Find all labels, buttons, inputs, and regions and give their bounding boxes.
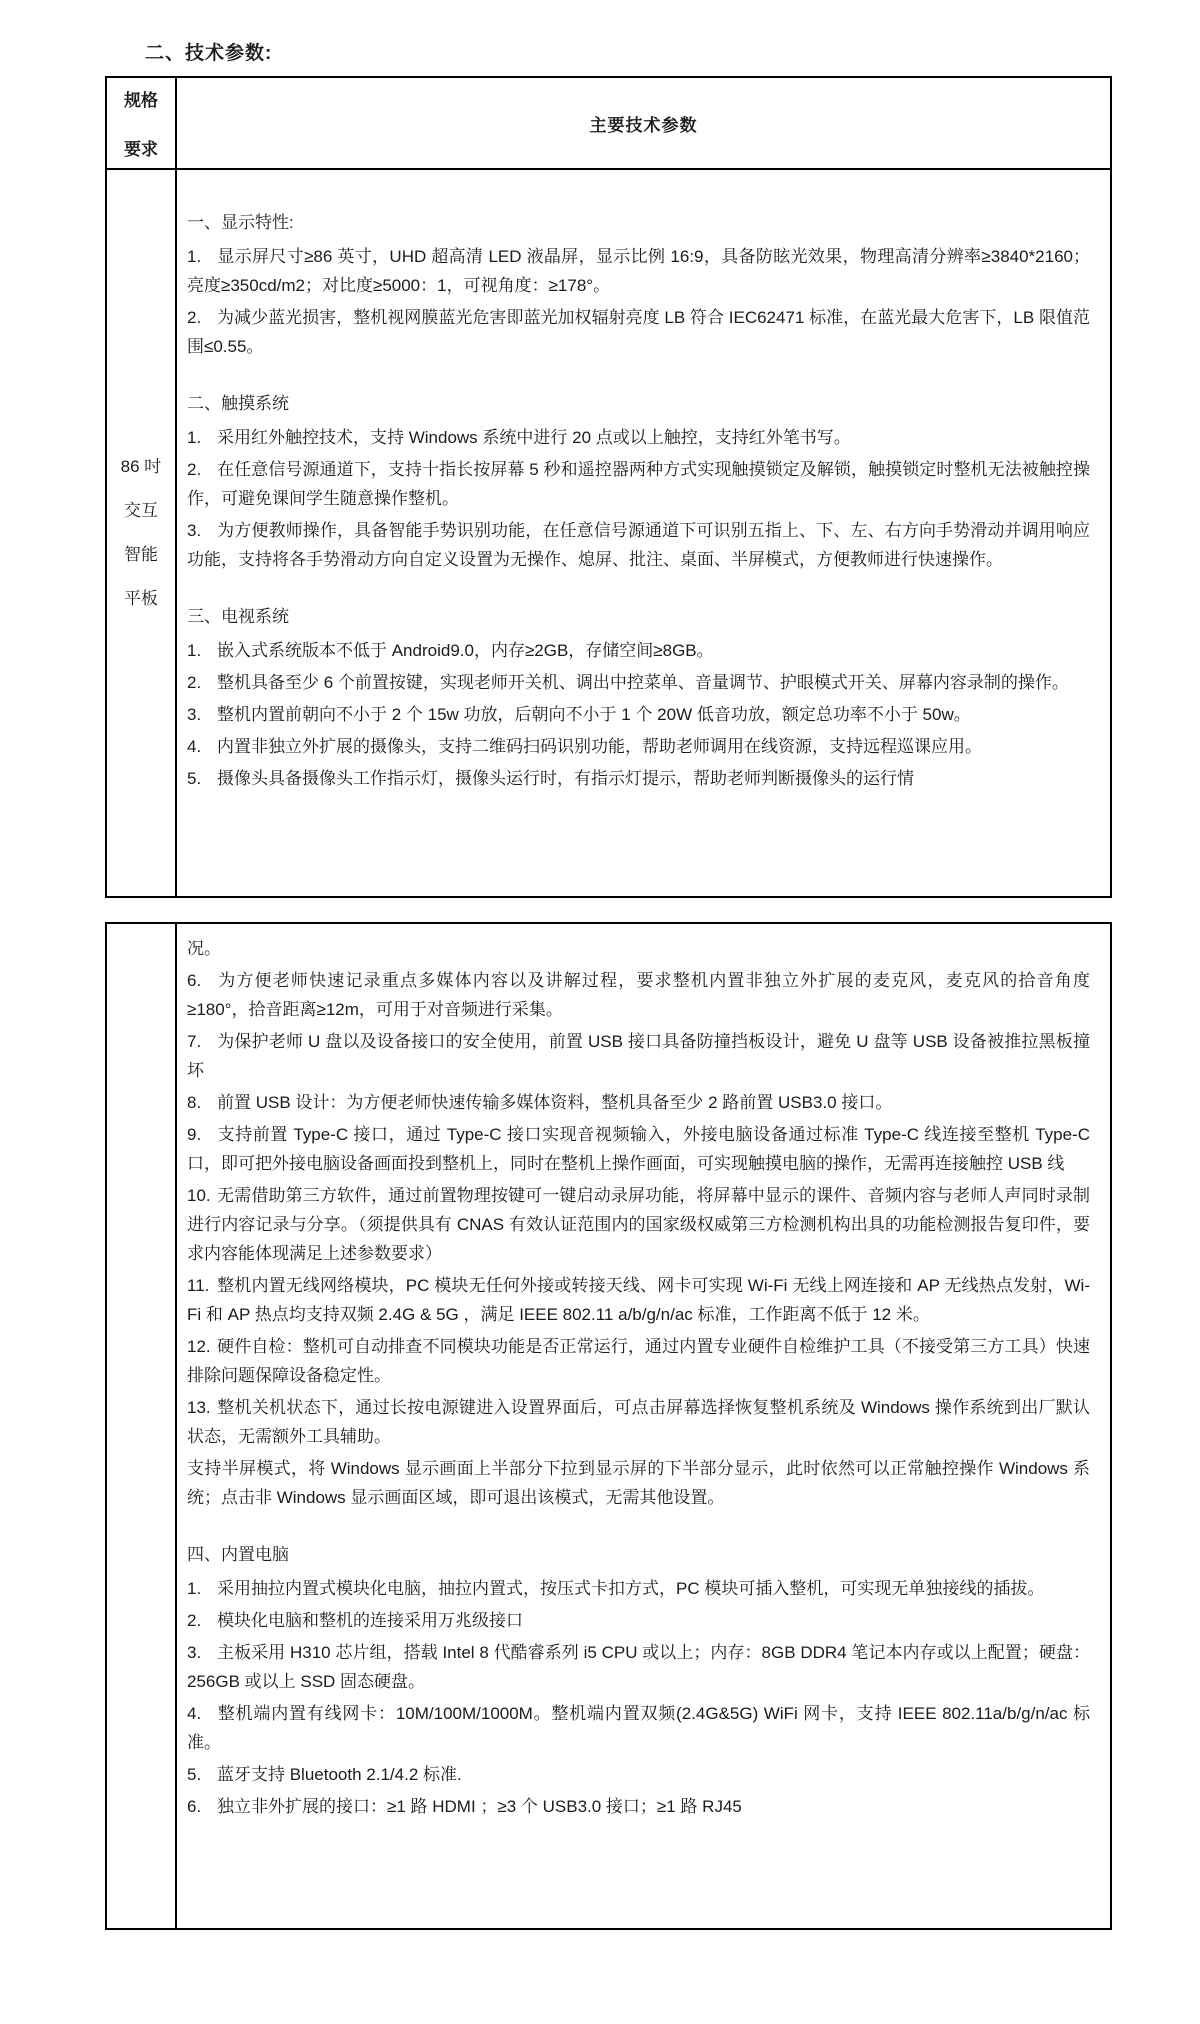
spec-item: 2.模块化电脑和整机的连接采用万兆级接口 bbox=[187, 1606, 1090, 1635]
item-number: 1. bbox=[187, 242, 217, 271]
section-item-list: 况。 6.为方便老师快速记录重点多媒体内容以及讲解过程，要求整机内置非独立外扩展… bbox=[187, 934, 1090, 1512]
item-number: 5. bbox=[187, 764, 217, 793]
spec-content-part1: 一、显示特性: 1.显示屏尺寸≥86 英寸，UHD 超高清 LED 液晶屏，显示… bbox=[177, 170, 1110, 896]
item-number: 3. bbox=[187, 1638, 217, 1667]
section-heading: 四、内置电脑 bbox=[187, 1540, 1090, 1569]
spec-item: 支持半屏模式，将 Windows 显示画面上半部分下拉到显示屏的下半部分显示，此… bbox=[187, 1454, 1090, 1512]
item-text: 无需借助第三方软件，通过前置物理按键可一键启动录屏功能，将屏幕中显示的课件、音频… bbox=[187, 1186, 1090, 1263]
item-number: 2. bbox=[187, 303, 217, 332]
item-number: 4. bbox=[187, 1699, 217, 1728]
item-number: 8. bbox=[187, 1088, 217, 1117]
item-number: 2. bbox=[187, 455, 217, 484]
spec-table-part2: 况。 6.为方便老师快速记录重点多媒体内容以及讲解过程，要求整机内置非独立外扩展… bbox=[105, 922, 1112, 1930]
item-number: 3. bbox=[187, 516, 217, 545]
spec-item: 2.为减少蓝光损害，整机视网膜蓝光危害即蓝光加权辐射亮度 LB 符合 IEC62… bbox=[187, 303, 1090, 361]
item-text: 独立非外扩展的接口：≥1 路 HDMI ；≥3 个 USB3.0 接口；≥1 路… bbox=[217, 1797, 742, 1816]
header-cell-main-parameters: 主要技术参数 bbox=[177, 78, 1110, 168]
item-text: 硬件自检：整机可自动排查不同模块功能是否正常运行，通过内置专业硬件自检维护工具（… bbox=[187, 1337, 1090, 1385]
item-number: 2. bbox=[187, 668, 217, 697]
item-number: 1. bbox=[187, 1574, 217, 1603]
item-number: 12. bbox=[187, 1332, 217, 1361]
spec-section: 四、内置电脑 1.采用抽拉内置式模块化电脑，抽拉内置式，按压式卡扣方式，PC 模… bbox=[187, 1540, 1090, 1821]
item-text: 整机内置前朝向不小于 2 个 15w 功放，后朝向不小于 1 个 20W 低音功… bbox=[217, 705, 971, 724]
page-title: 二、技术参数: bbox=[145, 38, 272, 65]
item-number: 5. bbox=[187, 1760, 217, 1789]
spec-item: 6.独立非外扩展的接口：≥1 路 HDMI ；≥3 个 USB3.0 接口；≥1… bbox=[187, 1792, 1090, 1821]
row-label-line: 交互 bbox=[124, 489, 158, 533]
table-body-row: 况。 6.为方便老师快速记录重点多媒体内容以及讲解过程，要求整机内置非独立外扩展… bbox=[107, 924, 1110, 1928]
item-text: 整机内置无线网络模块，PC 模块无任何外接或转接天线、网卡可实现 Wi-Fi 无… bbox=[187, 1276, 1090, 1324]
row-label-line: 86 吋 bbox=[121, 445, 162, 489]
row-label-product: 86 吋 交互 智能 平板 bbox=[107, 170, 177, 896]
spec-item: 1.显示屏尺寸≥86 英寸，UHD 超高清 LED 液晶屏，显示比例 16:9，… bbox=[187, 242, 1090, 300]
spec-item: 2.整机具备至少 6 个前置按键，实现老师开关机、调出中控菜单、音量调节、护眼模… bbox=[187, 668, 1090, 697]
spec-item: 12.硬件自检：整机可自动排查不同模块功能是否正常运行，通过内置专业硬件自检维护… bbox=[187, 1332, 1090, 1390]
spec-item: 11.整机内置无线网络模块，PC 模块无任何外接或转接天线、网卡可实现 Wi-F… bbox=[187, 1271, 1090, 1329]
item-text: 况。 bbox=[187, 939, 221, 958]
spec-item: 8.前置 USB 设计：为方便老师快速传输多媒体资料，整机具备至少 2 路前置 … bbox=[187, 1088, 1090, 1117]
item-text: 整机具备至少 6 个前置按键，实现老师开关机、调出中控菜单、音量调节、护眼模式开… bbox=[217, 673, 1069, 692]
item-text: 模块化电脑和整机的连接采用万兆级接口 bbox=[217, 1611, 523, 1630]
item-text: 在任意信号源通道下，支持十指长按屏幕 5 秒和遥控器两种方式实现触摸锁定及解锁，… bbox=[187, 460, 1090, 508]
document-page: 二、技术参数: 规格 要求 主要技术参数 86 吋 交互 智能 平板 bbox=[0, 0, 1200, 2024]
spec-item: 况。 bbox=[187, 934, 1090, 963]
spec-item: 4.内置非独立外扩展的摄像头，支持二维码扫码识别功能，帮助老师调用在线资源，支持… bbox=[187, 732, 1090, 761]
spec-item: 4.整机端内置有线网卡：10M/100M/1000M。整机端内置双频(2.4G&… bbox=[187, 1699, 1090, 1757]
item-number: 10. bbox=[187, 1181, 217, 1210]
item-number: 6. bbox=[187, 966, 217, 995]
section-item-list: 1.显示屏尺寸≥86 英寸，UHD 超高清 LED 液晶屏，显示比例 16:9，… bbox=[187, 242, 1090, 361]
item-number: 2. bbox=[187, 1606, 217, 1635]
row-label-empty bbox=[107, 924, 177, 1928]
item-text: 为保护老师 U 盘以及设备接口的安全使用，前置 USB 接口具备防撞挡板设计，避… bbox=[187, 1032, 1090, 1080]
spec-item: 1.采用抽拉内置式模块化电脑，抽拉内置式，按压式卡扣方式，PC 模块可插入整机，… bbox=[187, 1574, 1090, 1603]
item-number: 9. bbox=[187, 1120, 217, 1149]
section-item-list: 1.嵌入式系统版本不低于 Android9.0，内存≥2GB，存储空间≥8GB。… bbox=[187, 636, 1090, 793]
section-heading: 一、显示特性: bbox=[187, 208, 1090, 237]
spec-section: 三、电视系统 1.嵌入式系统版本不低于 Android9.0，内存≥2GB，存储… bbox=[187, 602, 1090, 793]
item-text: 整机端内置有线网卡：10M/100M/1000M。整机端内置双频(2.4G&5G… bbox=[187, 1704, 1090, 1752]
item-number: 13. bbox=[187, 1393, 217, 1422]
item-text: 为方便教师操作，具备智能手势识别功能，在任意信号源通道下可识别五指上、下、左、右… bbox=[187, 521, 1090, 569]
spec-section: 一、显示特性: 1.显示屏尺寸≥86 英寸，UHD 超高清 LED 液晶屏，显示… bbox=[187, 208, 1090, 361]
section-heading: 二、触摸系统 bbox=[187, 389, 1090, 418]
header-cell-spec-requirement: 规格 要求 bbox=[107, 78, 177, 168]
table-body-row: 86 吋 交互 智能 平板 一、显示特性: 1.显示屏尺寸≥8 bbox=[107, 170, 1110, 896]
item-text: 前置 USB 设计：为方便老师快速传输多媒体资料，整机具备至少 2 路前置 US… bbox=[217, 1093, 892, 1112]
spec-item: 5.摄像头具备摄像头工作指示灯，摄像头运行时，有指示灯提示，帮助老师判断摄像头的… bbox=[187, 764, 1090, 793]
spec-item: 10.无需借助第三方软件，通过前置物理按键可一键启动录屏功能，将屏幕中显示的课件… bbox=[187, 1181, 1090, 1268]
item-number: 1. bbox=[187, 636, 217, 665]
item-text: 内置非独立外扩展的摄像头，支持二维码扫码识别功能，帮助老师调用在线资源，支持远程… bbox=[217, 737, 982, 756]
item-text: 支持半屏模式，将 Windows 显示画面上半部分下拉到显示屏的下半部分显示，此… bbox=[187, 1459, 1090, 1507]
spec-item: 9.支持前置 Type-C 接口，通过 Type-C 接口实现音视频输入，外接电… bbox=[187, 1120, 1090, 1178]
spec-section: 况。 6.为方便老师快速记录重点多媒体内容以及讲解过程，要求整机内置非独立外扩展… bbox=[187, 934, 1090, 1512]
item-number: 6. bbox=[187, 1792, 217, 1821]
section-heading: 三、电视系统 bbox=[187, 602, 1090, 631]
section-item-list: 1.采用红外触控技术，支持 Windows 系统中进行 20 点或以上触控，支持… bbox=[187, 423, 1090, 574]
item-number: 7. bbox=[187, 1027, 217, 1056]
item-text: 为方便老师快速记录重点多媒体内容以及讲解过程，要求整机内置非独立外扩展的麦克风，… bbox=[187, 971, 1090, 1019]
table-header-row: 规格 要求 主要技术参数 bbox=[107, 78, 1110, 170]
item-text: 整机关机状态下，通过长按电源键进入设置界面后，可点击屏幕选择恢复整机系统及 Wi… bbox=[187, 1398, 1090, 1446]
item-text: 主板采用 H310 芯片组，搭载 Intel 8 代酷睿系列 i5 CPU 或以… bbox=[187, 1643, 1090, 1691]
item-number: 4. bbox=[187, 732, 217, 761]
spec-item: 6.为方便老师快速记录重点多媒体内容以及讲解过程，要求整机内置非独立外扩展的麦克… bbox=[187, 966, 1090, 1024]
spec-item: 3.为方便教师操作，具备智能手势识别功能，在任意信号源通道下可识别五指上、下、左… bbox=[187, 516, 1090, 574]
row-label-line: 智能 bbox=[124, 533, 158, 577]
spec-item: 1.嵌入式系统版本不低于 Android9.0，内存≥2GB，存储空间≥8GB。 bbox=[187, 636, 1090, 665]
row-label-line: 平板 bbox=[124, 577, 158, 621]
spec-table-part1: 规格 要求 主要技术参数 86 吋 交互 智能 平板 bbox=[105, 76, 1112, 898]
section-item-list: 1.采用抽拉内置式模块化电脑，抽拉内置式，按压式卡扣方式，PC 模块可插入整机，… bbox=[187, 1574, 1090, 1821]
item-text: 蓝牙支持 Bluetooth 2.1/4.2 标准. bbox=[217, 1765, 462, 1784]
item-text: 摄像头具备摄像头工作指示灯，摄像头运行时，有指示灯提示，帮助老师判断摄像头的运行… bbox=[217, 769, 914, 788]
item-text: 嵌入式系统版本不低于 Android9.0，内存≥2GB，存储空间≥8GB。 bbox=[217, 641, 714, 660]
item-text: 支持前置 Type-C 接口，通过 Type-C 接口实现音视频输入，外接电脑设… bbox=[187, 1125, 1090, 1173]
item-number: 3. bbox=[187, 700, 217, 729]
spec-item: 3.整机内置前朝向不小于 2 个 15w 功放，后朝向不小于 1 个 20W 低… bbox=[187, 700, 1090, 729]
spec-content-part2: 况。 6.为方便老师快速记录重点多媒体内容以及讲解过程，要求整机内置非独立外扩展… bbox=[177, 924, 1110, 1928]
spec-item: 2.在任意信号源通道下，支持十指长按屏幕 5 秒和遥控器两种方式实现触摸锁定及解… bbox=[187, 455, 1090, 513]
item-text: 为减少蓝光损害，整机视网膜蓝光危害即蓝光加权辐射亮度 LB 符合 IEC6247… bbox=[187, 308, 1090, 356]
spec-item: 5.蓝牙支持 Bluetooth 2.1/4.2 标准. bbox=[187, 1760, 1090, 1789]
header-spec-requirement-line2: 要求 bbox=[124, 135, 158, 160]
spec-item: 7.为保护老师 U 盘以及设备接口的安全使用，前置 USB 接口具备防撞挡板设计… bbox=[187, 1027, 1090, 1085]
item-text: 采用红外触控技术，支持 Windows 系统中进行 20 点或以上触控，支持红外… bbox=[217, 428, 851, 447]
spec-item: 1.采用红外触控技术，支持 Windows 系统中进行 20 点或以上触控，支持… bbox=[187, 423, 1090, 452]
spec-item: 13.整机关机状态下，通过长按电源键进入设置界面后，可点击屏幕选择恢复整机系统及… bbox=[187, 1393, 1090, 1451]
spec-item: 3.主板采用 H310 芯片组，搭载 Intel 8 代酷睿系列 i5 CPU … bbox=[187, 1638, 1090, 1696]
header-spec-requirement-line1: 规格 bbox=[124, 86, 158, 111]
spec-section: 二、触摸系统 1.采用红外触控技术，支持 Windows 系统中进行 20 点或… bbox=[187, 389, 1090, 574]
item-text: 采用抽拉内置式模块化电脑，抽拉内置式，按压式卡扣方式，PC 模块可插入整机，可实… bbox=[217, 1579, 1044, 1598]
item-text: 显示屏尺寸≥86 英寸，UHD 超高清 LED 液晶屏，显示比例 16:9，具备… bbox=[187, 247, 1090, 295]
item-number: 1. bbox=[187, 423, 217, 452]
item-number: 11. bbox=[187, 1271, 217, 1300]
